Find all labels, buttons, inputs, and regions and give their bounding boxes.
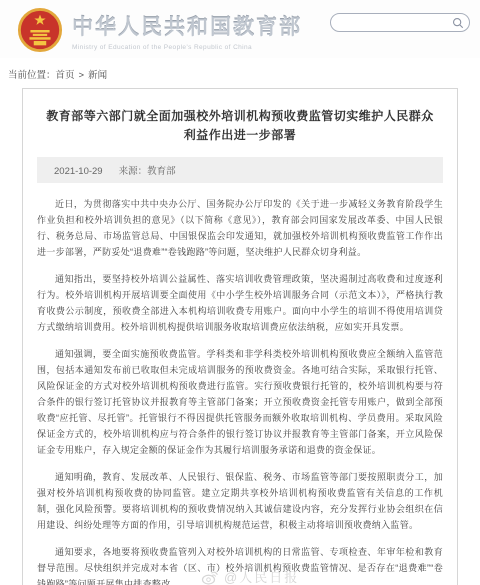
breadcrumb-label: 当前位置： <box>8 70 56 81</box>
article-body: 近日，为贯彻落实中共中央办公厅、国务院办公厅印发的《关于进一步减轻义务教育阶段学… <box>37 196 443 585</box>
breadcrumb-home-link[interactable]: 首页 <box>56 70 75 81</box>
watermark-text: @人民日报 <box>224 567 299 585</box>
search-input[interactable] <box>340 18 452 28</box>
article-paragraph: 近日，为贯彻落实中共中央办公厅、国务院办公厅印发的《关于进一步减轻义务教育阶段学… <box>37 196 443 260</box>
site-header: 中华人民共和国教育部 Ministry of Education of the … <box>0 0 480 58</box>
breadcrumb-separator: > <box>79 70 85 81</box>
search-box[interactable] <box>330 13 470 32</box>
article-title: 教育部等六部门就全面加强校外培训机构预收费监管切实维护人民群众利益作出进一步部署 <box>45 107 435 145</box>
ministry-name-en: Ministry of Education of the People's Re… <box>72 44 302 51</box>
ministry-title-block: 中华人民共和国教育部 Ministry of Education of the … <box>72 11 302 51</box>
article-date: 2021-10-29 <box>54 166 103 177</box>
breadcrumb: 当前位置：首页>新闻 <box>8 67 480 81</box>
article-paragraph: 通知指出，要坚持校外培训公益属性、落实培训收费管理政策，坚决遏制过高收费和过度逐… <box>37 271 443 335</box>
article-paragraph: 通知强调，要全面实施预收费监管。学科类和非学科类校外培训机构预收费应全额纳入监管… <box>37 346 443 458</box>
article-paragraph: 通知明确，教育、发展改革、人民银行、银保监、税务、市场监管等部门要按照职责分工，… <box>37 469 443 533</box>
article-source: 教育部 <box>147 166 176 177</box>
article-meta: 2021-10-29来源：教育部 <box>37 157 443 183</box>
article-source-label: 来源： <box>119 166 148 177</box>
ministry-name-cn: 中华人民共和国教育部 <box>72 11 302 41</box>
weibo-watermark: @人民日报 <box>201 567 299 585</box>
breadcrumb-current-link[interactable]: 新闻 <box>88 70 107 81</box>
national-emblem-icon <box>17 7 63 53</box>
weibo-icon <box>201 568 219 585</box>
article-container: 教育部等六部门就全面加强校外培训机构预收费监管切实维护人民群众利益作出进一步部署… <box>22 88 458 585</box>
search-icon[interactable] <box>452 17 464 29</box>
